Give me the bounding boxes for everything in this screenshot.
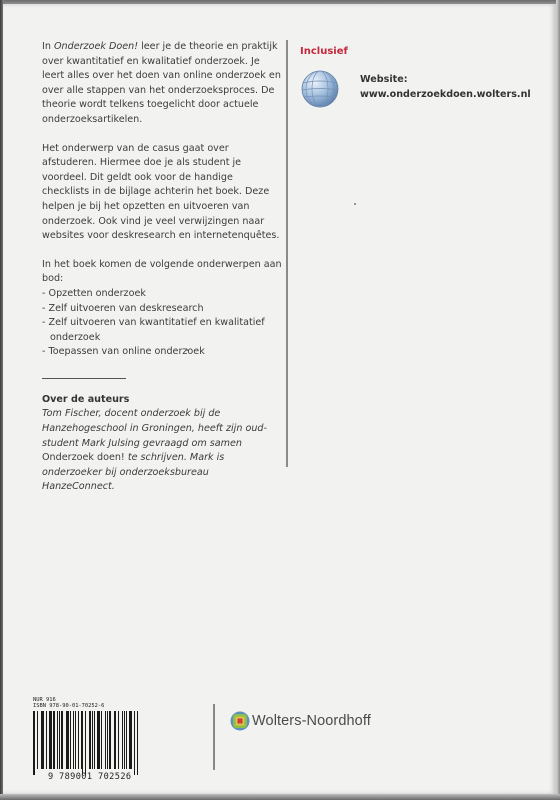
- barcode-bar: [59, 711, 60, 769]
- barcode-bar: [92, 711, 93, 769]
- topic-item: - Opzetten onderzoek: [42, 287, 282, 302]
- book-edge-right: [556, 0, 560, 800]
- wolters-noordhoff-logo-icon: [230, 711, 250, 731]
- barcode-block: NUR 916 ISBN 978-90-01-70252-6: [33, 697, 138, 777]
- footer-divider: [213, 704, 215, 770]
- barcode-bar: [118, 711, 120, 769]
- section-divider: [42, 378, 126, 379]
- barcode-bar: [109, 711, 111, 769]
- barcode: [33, 711, 138, 777]
- column-divider: [286, 40, 288, 467]
- publisher-logo: Wolters-Noordhoff: [230, 711, 371, 731]
- topic-item: - Toepassen van online onderzoek: [42, 345, 282, 360]
- barcode-bar: [85, 711, 87, 775]
- barcode-bar: [75, 711, 77, 769]
- casus-paragraph: Het onderwerp van de casus gaat over afs…: [42, 142, 282, 244]
- book-title: Onderzoek doen!: [42, 452, 125, 463]
- barcode-bar: [67, 711, 69, 769]
- barcode-bar: [131, 711, 132, 769]
- barcode-bar: [115, 711, 116, 769]
- globe-icon: [300, 69, 340, 109]
- book-title: Onderzoek Doen!: [54, 41, 138, 52]
- inclusief-heading: Inclusief: [300, 46, 540, 57]
- topics-intro: In het boek komen de volgende onderwerpe…: [42, 258, 282, 287]
- barcode-bar: [37, 711, 39, 769]
- barcode-bar: [134, 711, 135, 775]
- topics-list: - Opzetten onderzoek - Zelf uitvoeren va…: [42, 287, 282, 360]
- barcode-bar: [126, 711, 127, 769]
- barcode-bar: [34, 711, 35, 775]
- barcode-bar: [101, 711, 102, 769]
- authors-text: Tom Fischer, docent onderzoek bij de Han…: [42, 407, 282, 495]
- isbn-text: ISBN 978-90-01-70252-6: [33, 703, 138, 709]
- barcode-bar: [107, 711, 108, 769]
- print-speck: [186, 349, 188, 351]
- topic-item: - Zelf uitvoeren van kwantitatief en kwa…: [42, 316, 282, 345]
- barcode-bar: [46, 711, 47, 769]
- authors-heading: Over de auteurs: [42, 393, 282, 408]
- website-url[interactable]: www.onderzoekdoen.wolters.nl: [360, 88, 531, 103]
- barcode-digits: 789001 702526: [59, 772, 131, 782]
- website-label: Website:: [360, 73, 531, 88]
- barcode-bar: [70, 711, 71, 769]
- barcode-bar: [99, 711, 100, 769]
- print-speck: [354, 203, 356, 205]
- barcode-bar: [78, 711, 79, 769]
- description-column: In Onderzoek Doen! leer je de theorie en…: [42, 40, 282, 495]
- book-edge-bottom: [0, 794, 560, 800]
- website-block: Website: www.onderzoekdoen.wolters.nl: [300, 67, 540, 109]
- inclusief-column: Inclusief Website: www.onderzoekdoen.wol…: [300, 46, 540, 109]
- barcode-first-digit: 9: [48, 772, 53, 782]
- barcode-bar: [82, 711, 83, 775]
- barcode-bar: [124, 711, 125, 769]
- intro-paragraph: In Onderzoek Doen! leer je de theorie en…: [42, 40, 282, 128]
- barcode-bar: [50, 711, 52, 769]
- barcode-bar: [42, 711, 44, 769]
- barcode-bar: [94, 711, 95, 769]
- barcode-bar: [137, 711, 138, 775]
- topic-item: - Zelf uitvoeren van deskresearch: [42, 302, 282, 317]
- barcode-bar: [61, 711, 63, 769]
- barcode-bar: [53, 711, 55, 769]
- publisher-name: Wolters-Noordhoff: [252, 713, 371, 729]
